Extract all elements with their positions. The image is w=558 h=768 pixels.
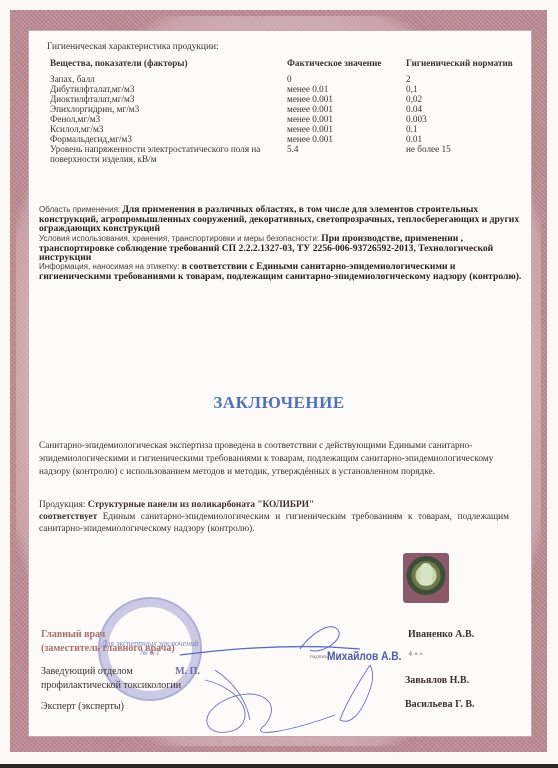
expert-label: Эксперт (эксперты) — [41, 701, 124, 712]
factor-cell: Диоктилфталат,мг/м3 — [50, 94, 134, 104]
expert-signature-icon — [330, 660, 390, 730]
head-name: Завьялов Н.В. — [405, 675, 469, 686]
actual-cell: 5.4 — [287, 144, 298, 154]
factor-cell: Эпихлоргидрин, мг/м3 — [50, 104, 139, 114]
conclusion-title: ЗАКЛЮЧЕНИЕ — [0, 393, 558, 413]
actual-cell: менее 0.001 — [287, 124, 333, 134]
actual-cell: менее 0.01 — [287, 84, 328, 94]
norm-cell: 2 — [406, 74, 411, 84]
actual-cell: менее 0.001 — [287, 114, 333, 124]
factor-cell-line2: поверхности изделия, кВ/м — [50, 154, 157, 164]
product-verdict-text: Единым санитарно-эпидемиологическим и ги… — [39, 512, 509, 534]
head-label-text: Заведующий отделом — [41, 666, 133, 677]
factor-cell: Дибутилфталат,мг/м3 — [50, 84, 134, 94]
factor-cell: Уровень напряженности электростатическог… — [50, 144, 260, 154]
factor-cell: Формальдегид,мг/м3 — [50, 134, 132, 144]
deputy-label: (заместитель главного врача) — [41, 643, 175, 654]
norm-cell: 0.003 — [406, 114, 427, 124]
head-label-2: профилактической токсикологии — [41, 680, 181, 691]
conditions-section: Условия использования, хранения, транспо… — [39, 234, 528, 263]
col-actual-header: Фактическое значение — [287, 58, 381, 68]
hologram-emblem-icon — [403, 553, 449, 603]
col-norm-header: Гигиенический норматив — [406, 58, 513, 68]
col-factor-header: Вещества, показатели (факторы) — [50, 58, 188, 68]
actual-cell: менее 0.001 — [287, 104, 333, 114]
hygiene-header: Гигиеническая характеристика продукции: — [47, 42, 219, 52]
factor-cell: Фенол,мг/м3 — [50, 114, 100, 124]
norm-cell: 0,1 — [406, 84, 417, 94]
product-name: Структурные панели из поликарбоната "КОЛ… — [88, 500, 314, 510]
chief-label: Главный врач — [41, 629, 105, 640]
conclusion-text: Санитарно-эпидемиологическая экспертиза … — [39, 440, 509, 479]
scope-section: Область применения: Для применения в раз… — [39, 205, 528, 234]
scan-edge — [0, 764, 558, 768]
chief-name: Иваненко А.В. — [408, 629, 474, 640]
norm-cell: 0.01 — [406, 134, 422, 144]
factor-cell: Ксилол,мг/м3 — [50, 124, 103, 134]
actual-cell: 0 — [287, 74, 292, 84]
head-signature-icon — [185, 660, 345, 740]
actual-cell: менее 0.001 — [287, 134, 333, 144]
table-header: Вещества, показатели (факторы) Фактическ… — [0, 58, 558, 69]
chief-signature-icon — [180, 625, 380, 665]
factor-cell: Запах, балл — [50, 74, 95, 84]
norm-cell: 0,02 — [406, 94, 422, 104]
product-verdict: соответствует — [39, 512, 97, 522]
expert-name: Васильева Г. В. — [405, 699, 475, 710]
product-section: Продукция: Структурные панели из поликар… — [39, 499, 509, 535]
head-label-1: Заведующий отделом М. П. — [41, 666, 200, 677]
label-info-section: Информация, наносимая на этикетку: в соо… — [39, 262, 528, 281]
table-row-continuation: поверхности изделия, кВ/м — [0, 154, 558, 165]
norm-cell: 0.04 — [406, 104, 422, 114]
actual-cell: менее 0.001 — [287, 94, 333, 104]
norm-cell: не более 15 — [406, 144, 451, 154]
norm-cell: 0.1 — [406, 124, 417, 134]
fio-caption: ф. и. о. — [409, 652, 424, 657]
product-label: Продукция: — [39, 500, 85, 510]
